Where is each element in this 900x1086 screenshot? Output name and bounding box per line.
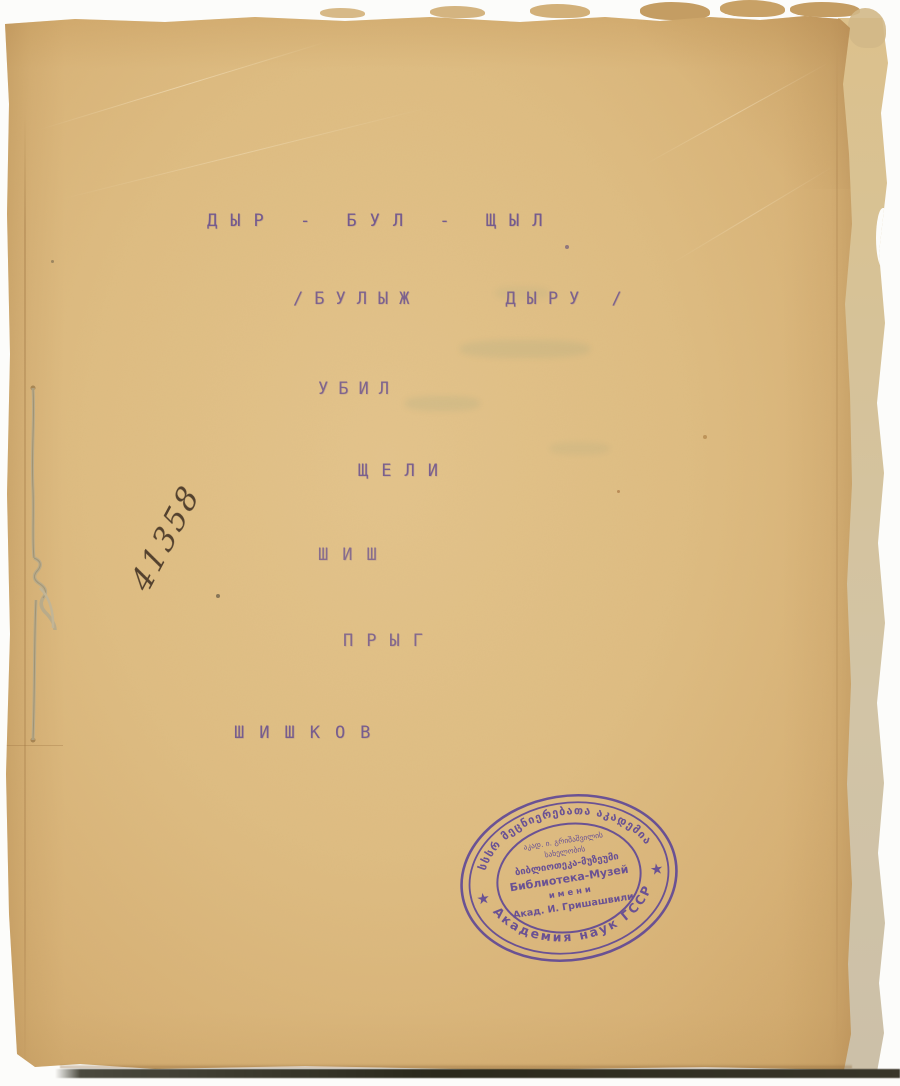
corner-fold-shading [637, 14, 852, 189]
page-bottom-edge [60, 1064, 852, 1068]
torn-paper-bit [430, 6, 485, 18]
showthrough-smudge [550, 442, 610, 455]
torn-paper-bit [848, 8, 886, 48]
scanned-page-canvas: ДЫР - БУЛ - ЩЫЛ /БУЛЫЖ ДЫРУ / УБИЛ ЩЕЛИ … [0, 0, 900, 1086]
star-icon: ★ [649, 859, 665, 879]
paper-speck [565, 245, 569, 249]
showthrough-smudge [405, 396, 480, 411]
library-stamp: სსსრ მეცნიერებათა აკადემია Академия наук… [449, 780, 689, 976]
typed-line-title: ДЫР - БУЛ - ЩЫЛ [207, 210, 556, 232]
typed-line: ПРЫГ [343, 630, 436, 652]
horizontal-crease [5, 745, 63, 746]
diagonal-crease [60, 107, 429, 200]
paper-speck [703, 435, 707, 439]
star-icon: ★ [475, 889, 491, 909]
torn-notch [876, 208, 890, 268]
paper-speck [51, 260, 54, 263]
vertical-crease [836, 44, 838, 1054]
vertical-crease [24, 114, 26, 1072]
typed-line-author: ШИШКОВ [234, 722, 385, 744]
torn-paper-bit [320, 8, 365, 18]
diagonal-crease [40, 41, 327, 130]
torn-paper-bit [720, 0, 785, 17]
book-bottom-shadow [55, 1069, 900, 1078]
torn-paper-bit [640, 2, 710, 20]
paper-speck [617, 490, 620, 493]
torn-paper-bit [530, 4, 590, 18]
showthrough-smudge [460, 340, 590, 358]
typed-line-subtitle: /БУЛЫЖ ДЫРУ / [293, 288, 633, 310]
torn-paper-bit [790, 2, 860, 17]
typed-line: ШИШ [318, 544, 391, 566]
paper-speck [216, 594, 220, 598]
typed-line: ЩЕЛИ [358, 460, 451, 482]
typed-line: УБИЛ [318, 378, 399, 400]
manuscript-cover-page: ДЫР - БУЛ - ЩЫЛ /БУЛЫЖ ДЫРУ / УБИЛ ЩЕЛИ … [5, 14, 852, 1072]
